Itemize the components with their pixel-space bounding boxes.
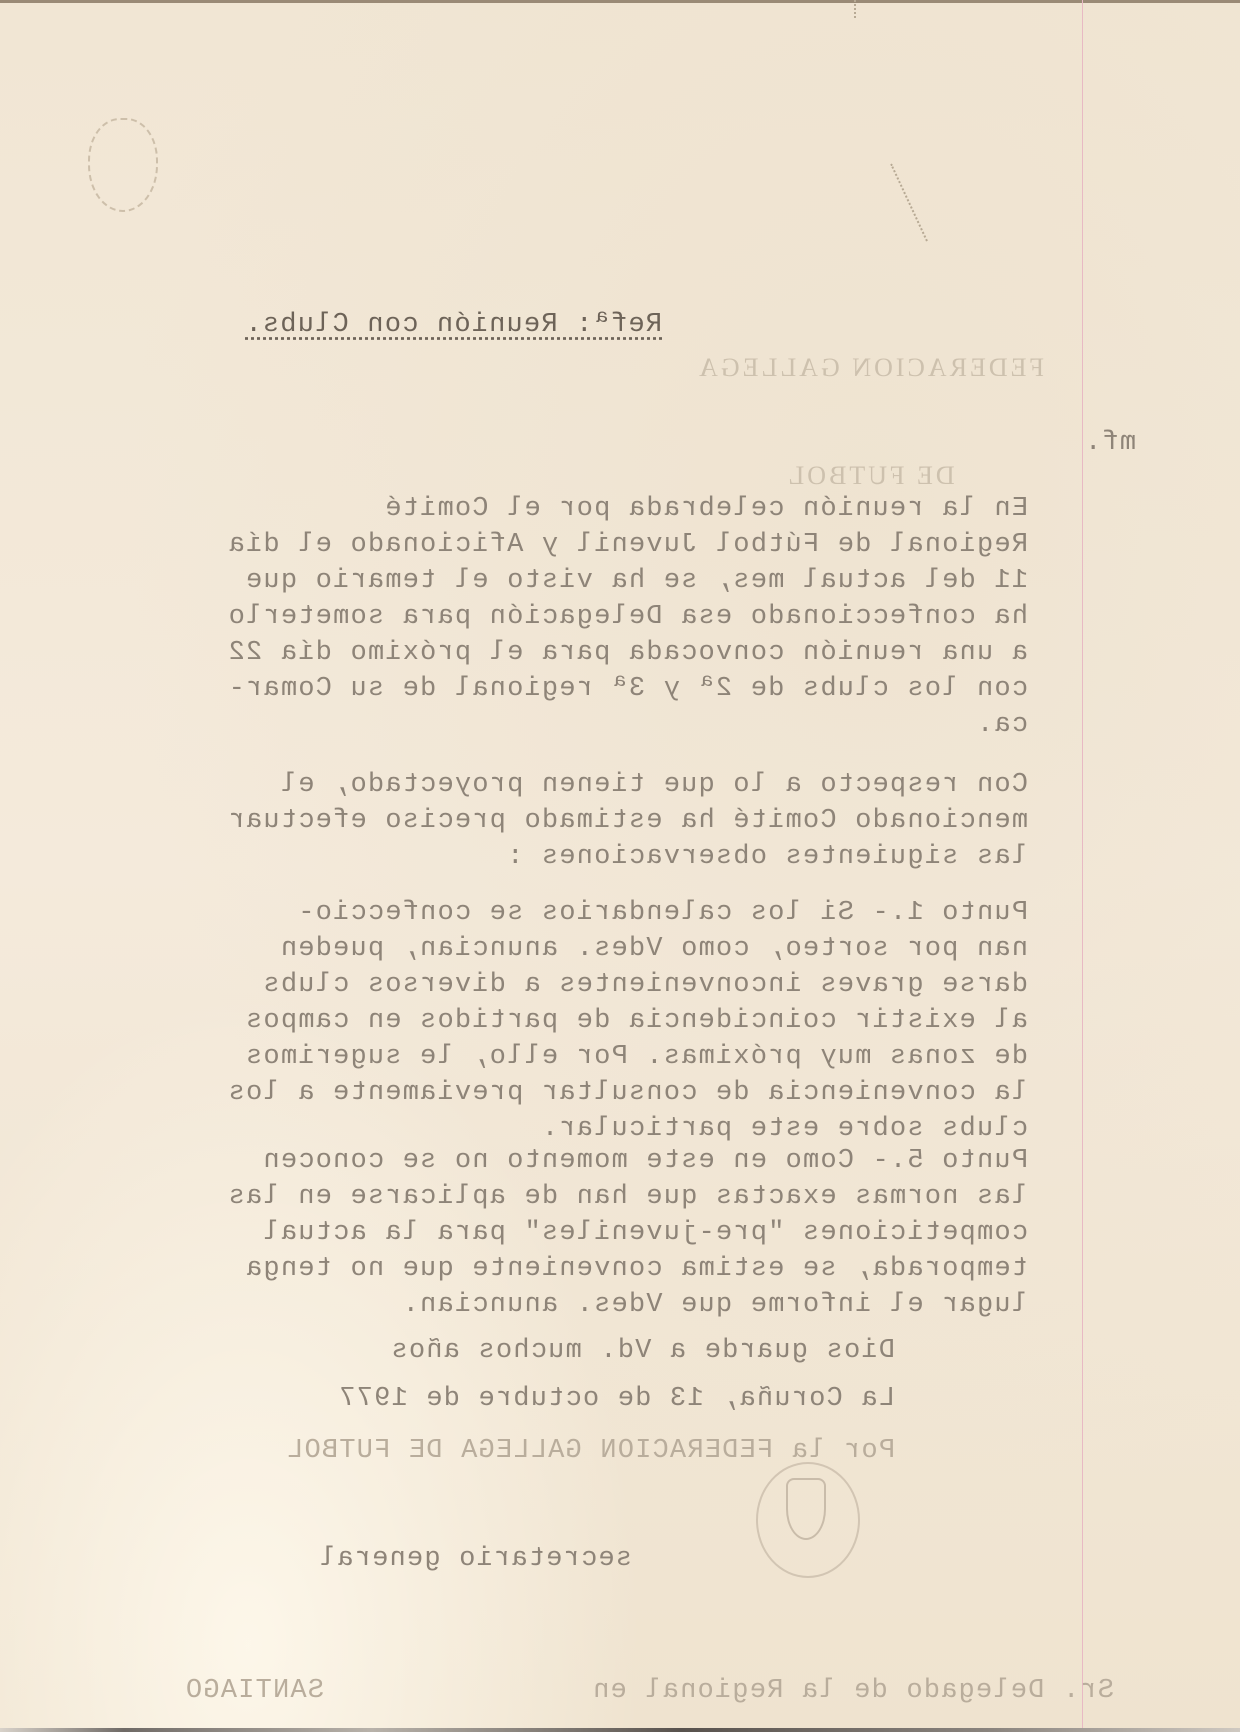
paragraph-3-line-5: de zonas muy próximas. Por ello, le suge… [245, 1044, 1028, 1071]
paragraph-3-line-4: al existir coincidencia de partidos en c… [245, 1008, 1028, 1035]
paragraph-1-line-1: En la reunión celebrada por el Comité [384, 496, 1028, 523]
paragraph-1-line-7: ca. [976, 712, 1028, 739]
paragraph-3-line-1: Punto 1.- Si los calendarios se confecci… [297, 900, 1028, 927]
closing-sender: Por la FEDERACION GALLEGA DE FUTBOL [286, 1438, 895, 1465]
signatory-title: secretario general [319, 1546, 632, 1573]
paragraph-1-line-6: con los clubs de 2ª y 3ª regional de su … [227, 676, 1028, 703]
closing-salutation: Dios guarde a Vd. muchos años [390, 1338, 895, 1365]
paragraph-3-line-2: nan por sorteo, como Vdes. anuncian, pue… [280, 936, 1028, 963]
paragraph-1-line-5: a una reunión convocada para el próximo … [227, 640, 1028, 667]
closing-place-date: La Coruña, 13 de octubre de 1977 [338, 1386, 895, 1413]
seal-shield-icon [786, 1478, 826, 1540]
mirrored-letter: FEDERACION GALLEGA DE FUTBOL Refª: Reuni… [0, 0, 1240, 1732]
addressee-city: SANTIAGO [185, 1678, 324, 1705]
scan-bottom-edge [0, 1728, 1240, 1732]
paragraph-1-line-2: Regional de Fútbol Juvenil y Aficionado … [227, 532, 1028, 559]
paragraph-2-line-3: las siguientes observaciones : [506, 844, 1028, 871]
paragraph-3-line-7: clubs sobre este particular. [541, 1116, 1028, 1143]
pen-stroke [854, 0, 856, 18]
paragraph-4-line-1: Punto 5.- Como en este momento no se con… [262, 1148, 1028, 1175]
paragraph-4-line-5: lugar el informe que Vdes. anuncian. [402, 1292, 1029, 1319]
pen-stroke [890, 164, 928, 242]
reference-line: Refª: Reunión con Clubs. [244, 312, 662, 339]
paragraph-3-line-6: la conveniencia de consultar previamente… [227, 1080, 1028, 1107]
margin-note: mf. [1084, 430, 1136, 457]
paragraph-2-line-1: Con respecto a lo que tienen proyectado,… [280, 772, 1028, 799]
paragraph-4-line-2: las normas exactas que han de aplicarse … [227, 1184, 1028, 1211]
paragraph-2-line-2: mencionado Comité ha estimado preciso ef… [227, 808, 1028, 835]
letterhead-line-1: FEDERACION GALLEGA [660, 350, 1080, 386]
addressee-line: Sr. Delegado de la Regional en [592, 1678, 1114, 1705]
letterhead-line-2: DE FUTBOL [660, 458, 1080, 494]
paragraph-4-line-4: temporada, se estima conveniente que no … [245, 1256, 1028, 1283]
paragraph-3-line-3: darse graves inconvenientes a diversos c… [262, 972, 1028, 999]
crest-emblem-icon [88, 118, 158, 212]
paragraph-1-line-4: ha confeccionado esa Delegación para som… [227, 604, 1028, 631]
federation-seal-icon [756, 1462, 860, 1578]
paragraph-4-line-3: competiciones "pre-juveniles" para la ac… [262, 1220, 1028, 1247]
paragraph-1-line-3: 11 del actual mes, se ha visto el temari… [245, 568, 1028, 595]
